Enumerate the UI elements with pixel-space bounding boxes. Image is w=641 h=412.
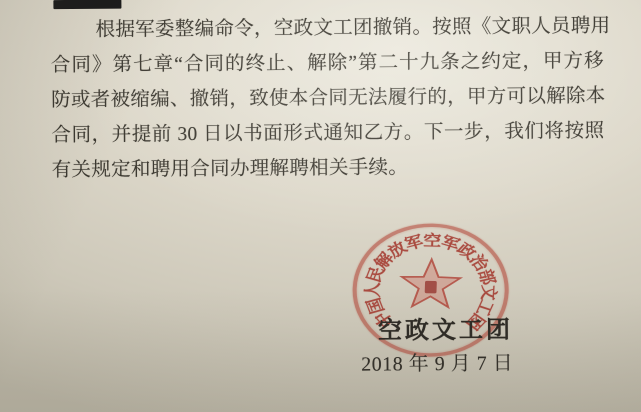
letter-body: 根据军委整编命令，空政文工团撤销。按照《文职人员聘用 合同》第七章“合同的终止、…	[50, 9, 604, 188]
letter-document: 根据军委整编命令，空政文工团撤销。按照《文职人员聘用 合同》第七章“合同的终止、…	[0, 0, 641, 412]
seal-star-icon	[392, 252, 470, 318]
seal-center-emblem	[425, 281, 437, 294]
letter-date: 2018 年 9 月 7 日	[361, 346, 513, 376]
letter-line: 防或者被缩编、撤销，致使本合同无法履行的，甲方可以解除本	[51, 79, 604, 118]
seal-ring-char: 人	[359, 282, 385, 297]
letter-line: 合同》第七章“合同的终止、解除”第二十九条之约定，甲方移	[51, 44, 604, 83]
letter-line: 根据军委整编命令，空政文工团撤销。按照《文职人员聘用	[50, 9, 603, 48]
letter-line: 有关规定和聘用合同办理解聘相关手续。	[52, 149, 605, 188]
cropped-heading-remnant	[53, 0, 121, 9]
letter-line: 合同，并提前 30 日以书面形式通知乙方。下一步，我们将按照	[51, 114, 604, 153]
signature-unit-name: 空政文工团	[378, 309, 513, 345]
